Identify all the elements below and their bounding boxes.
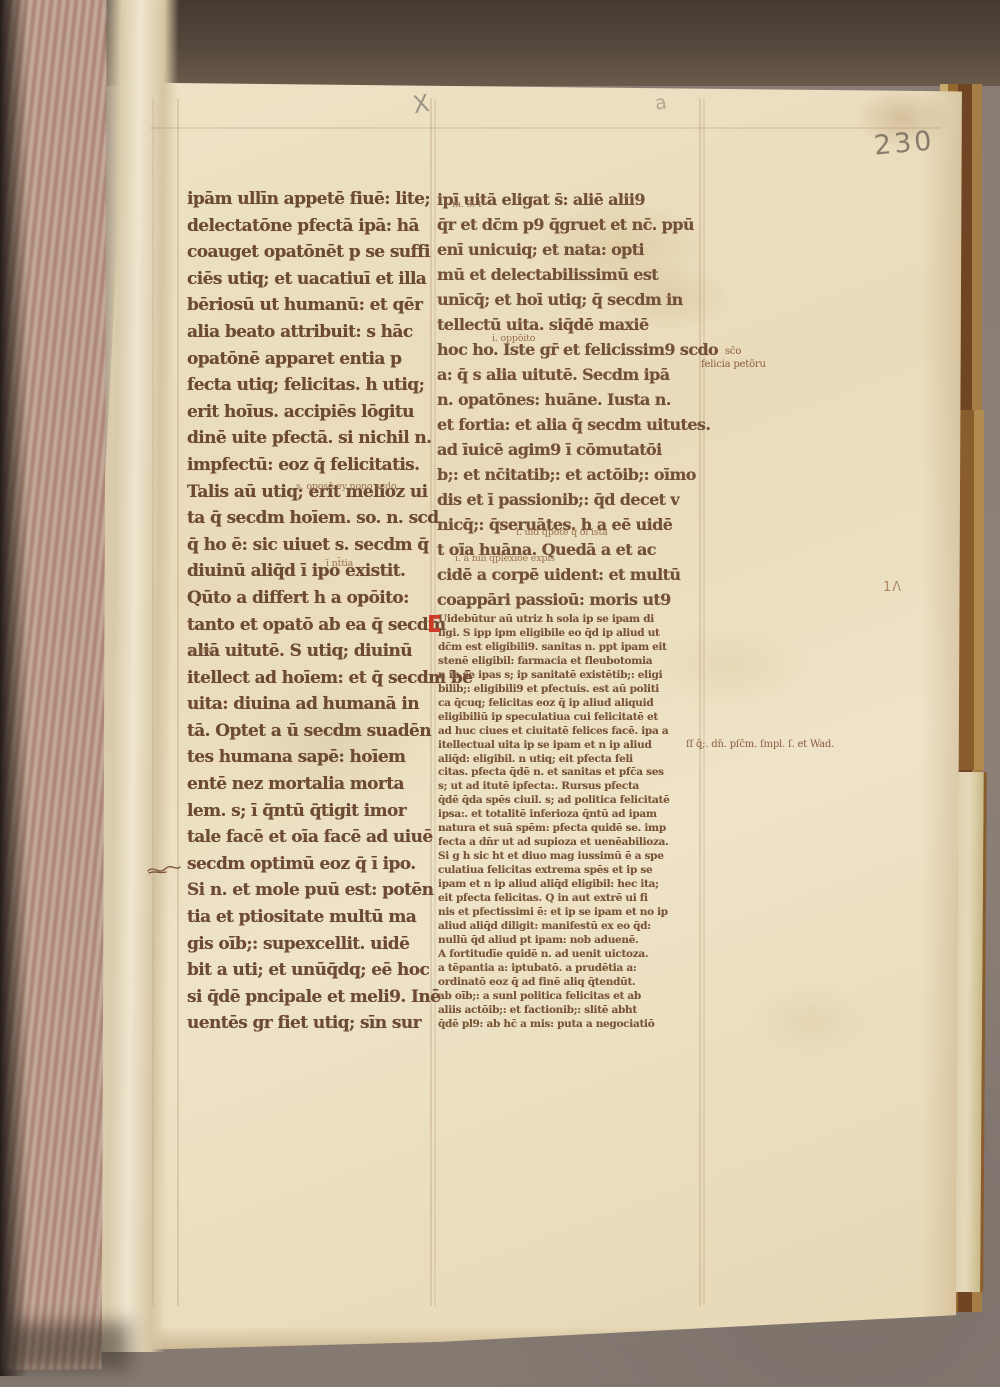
manuscript-text-line: cidē a corpē uident: et multū [437, 562, 699, 587]
left-text-column: ipām ullīn appetē fiuē: lite;delectatōne… [187, 186, 433, 1037]
manuscript-text-line: tā. Optet a ū secdm suadēn [187, 718, 433, 745]
manuscript-text-line: opatōnē apparet entia p [187, 346, 433, 373]
manuscript-text-line: aliis actōib;: et factionib;: slitē abht [438, 1004, 706, 1018]
manuscript-text-line: itellect ad hoīem: et q̄ secdm bē [187, 665, 433, 692]
manuscript-text-line: dinē uite pfectā. si nichil n. [187, 425, 433, 452]
margin-note: sc̄o [725, 346, 741, 357]
manuscript-text-line: eit pfecta felicitas. Q in aut extrē ui … [438, 892, 706, 906]
manuscript-text-line: citas. pfecta q̄dē n. et sanitas et pfc̄… [438, 766, 706, 780]
manuscript-text-line: ciēs utiq; et uacatiuī et illa [187, 266, 433, 293]
manuscript-text-line: q̄ ho ē: sic uiuet s. secdm q̄ [187, 532, 433, 559]
manuscript-text-line: ipām ullīn appetē fiuē: lite; [187, 186, 433, 213]
manuscript-text-line: alia beato attribuit: s hāc [187, 319, 433, 346]
manuscript-text-line: secdm optimū eoz q̄ ī ipo. [187, 851, 433, 878]
manuscript-text-line: fecta utiq; felicitas. h utiq; [187, 372, 433, 399]
manuscript-text-line: bilib;: eligibili9 et pfectuis. est aū p… [438, 683, 706, 697]
manuscript-text-line: ipam et n ip aliud aliq̄d eligibil: hec … [438, 878, 706, 892]
manuscript-text-line: nullū q̄d aliud pt ipam: nob aduenē. [438, 934, 706, 948]
manuscript-text-line: natura et suā spēm: pfecta quidē se. imp [438, 822, 706, 836]
manuscript-text-line: uentēs gr fiet utiq; sīn sur [187, 1010, 433, 1037]
manuscript-text-line: nis et pfectissimi ē: et ip se ipam et n… [438, 906, 706, 920]
interlinear-gloss: s. oposē ey nono scdo [296, 481, 396, 492]
manuscript-text-line: stenē eligibil: farmacia et fleubotomia [438, 655, 706, 669]
manuscript-text-line: A fortitudīe quidē n. ad uenit uictoza. [438, 948, 706, 962]
manuscript-text-line: aliā uitutē. S utiq; diuinū [187, 638, 433, 665]
right-text-column: ipī uitā eligat s̄: aliē alii9q̄r et dc̄… [437, 187, 699, 612]
manuscript-text-line: lem. s; ī q̄ntū q̄tigit imor [187, 798, 433, 825]
manuscript-text-line: dc̄m est eligibili9. sanitas n. ppt ipam… [438, 641, 706, 655]
quire-mark: 1Λ [883, 580, 902, 595]
manuscript-text-line: ad īuicē agim9 ī cōmutatōi [437, 437, 699, 462]
manuscript-text-line: Uidebūtur aū utriz h sola ip se ipam di [438, 613, 706, 627]
manuscript-text-line: n. opatōnes: huāne. Iusta n. [437, 387, 699, 412]
manuscript-text-line: aliud aliq̄d diligit: manifestū ex eo q̄… [438, 920, 706, 934]
manuscript-text-line: tes humana sapē: hoīem [187, 744, 433, 771]
manuscript-text-line: gis oīb;: supexcellit. uidē [187, 931, 433, 958]
manuscript-text-line: Si n. et mole puū est: potēn [187, 877, 433, 904]
page-ruling-line [152, 98, 154, 1306]
manicule-icon [146, 862, 182, 882]
manuscript-text-line: s; ut ad itutē ipfecta:. Rursus pfecta [438, 780, 706, 794]
manuscript-text-line: dis et ī passionib;: q̄d decet v [437, 487, 699, 512]
manuscript-text-line: itellectual uita ip se ipam et n ip aliu… [438, 739, 706, 753]
manuscript-text-line: ab oīb;: a sunl politica felicitas et ab [438, 990, 706, 1004]
manuscript-text-line: b;: et nc̄itatib;: et actōib;: oīmo [437, 462, 699, 487]
manuscript-text-line: eligibiliū ip speculatiua cui felicitatē… [438, 711, 706, 725]
manuscript-text-line: enī unicuiq; et nata: opti [437, 237, 699, 262]
manuscript-text-line: ipsa:. et totalitē inferioza q̄ntū ad ip… [438, 808, 706, 822]
manuscript-text-line: delectatōne pfectā ipā: hā [187, 213, 433, 240]
manuscript-text-line: ligi. S ipp ipm eligibile eo q̄d ip aliu… [438, 627, 706, 641]
manuscript-text-line: entē nez mortalia morta [187, 771, 433, 798]
right-text-column-small-hand: Uidebūtur aū utriz h sola ip se ipam dil… [438, 613, 706, 1032]
manuscript-text-line: si q̄dē pncipale et meli9. Inē [187, 984, 433, 1011]
page-ruling-line [150, 127, 940, 129]
manuscript-text-line: a: q̄ s alia uitutē. Secdm ipā [437, 362, 699, 387]
manuscript-text-line: tale facē et oīa facē ad uiuē [187, 824, 433, 851]
manuscript-text-line: tanto et opatō ab ea q̄ secdm [187, 612, 433, 639]
manuscript-text-line: et fortia: et alia q̄ secdm uitutes. [437, 412, 699, 437]
manuscript-text-line: mū et delectabilissimū est [437, 262, 699, 287]
pencil-x-mark: X [411, 89, 432, 119]
interlinear-gloss: i. a nili q̄plexiōe expis [455, 553, 555, 564]
pencil-a-mark: a [654, 91, 669, 114]
manuscript-text-line: q̄r et dc̄m p9 q̄gruet et nc̄. ppū [437, 212, 699, 237]
interlinear-gloss: i. oppōito [492, 333, 535, 344]
manuscript-text-line: fecta a dn̄r ut ad supioza et uenēabilio… [438, 836, 706, 850]
manuscript-text-line: impfectū: eoz q̄ felicitatis. [187, 452, 433, 479]
folio-number: 230 [873, 125, 936, 161]
page-content: ipām ullīn appetē fiuē: lite;delectatōne… [0, 0, 1000, 1387]
manuscript-text-line: Qūto a differt h a opōito: [187, 585, 433, 612]
page-ruling-line [177, 98, 179, 1306]
page-ruling-line [434, 98, 436, 1306]
manuscript-text-line: ca q̄cuq; felicitas eoz q̄ ip aliud aliq… [438, 697, 706, 711]
manuscript-text-line: coappāri passioū: moris ut9 [437, 587, 699, 612]
manuscript-text-line: n ip se ipas s; ip sanitatē existētib;: … [438, 669, 706, 683]
margin-note: felicia petōru [701, 359, 766, 370]
interlinear-gloss: ī nt̄tia [326, 558, 353, 569]
manuscript-text-line: tellectū uita. siq̄dē maxiē [437, 312, 699, 337]
margin-note: ſſ q̄;. dn̄. pſc̄m. ſmpl. ſ. et Wad. [686, 739, 834, 750]
manuscript-text-line: unīcq̄; et hoī utiq; q̄ secdm in [437, 287, 699, 312]
manuscript-text-line: culatiua felicitas extrema spēs et ip se [438, 864, 706, 878]
manuscript-text-line: a tēpantia a: iptubatō. a prudētia a: [438, 962, 706, 976]
manuscript-text-line: bit a uti; et unūq̄dq; eē hoc [187, 957, 433, 984]
manuscript-text-line: ta q̄ secdm hoīem. so. n. scd [187, 505, 433, 532]
manuscript-text-line: Si g h sic ht et diuo mag iussimū ē a sp… [438, 850, 706, 864]
manuscript-text-line: coauget opatōnēt p se suffi [187, 239, 433, 266]
manuscript-text-line: erit hoīus. accipiēs lōgitu [187, 399, 433, 426]
manuscript-text-line: diuinū aliq̄d ī ipo existit. [187, 558, 433, 585]
interlinear-gloss: i. uid q̄potē q̄ oī ista [516, 527, 608, 538]
manuscript-text-line: q̄dē q̄da spēs ciuil. s; ad politica fel… [438, 794, 706, 808]
manuscript-text-line: aliq̄d: eligibil. n utiq; eit pfecta fel… [438, 753, 706, 767]
manuscript-text-line: q̄dē pl9: ab hc̄ a mis: puta a negociati… [438, 1018, 706, 1032]
interlinear-gloss: m. 9. t [452, 199, 482, 210]
manuscript-text-line: uita: diuina ad humanā in [187, 691, 433, 718]
manuscript-text-line: ad huc ciues et ciuitatē felices facē. i… [438, 725, 706, 739]
manuscript-text-line: tia et ptiositate multū ma [187, 904, 433, 931]
manuscript-text-line: ordinatō eoz q̄ ad finē aliq q̄tendūt. [438, 976, 706, 990]
interlinear-gloss: s. est [190, 645, 214, 656]
manuscript-text-line: bēriosū ut humanū: et qēr [187, 292, 433, 319]
manuscript-text-line: hoc ho. Iste gr̄ et felicissim9 scdo [437, 337, 699, 362]
